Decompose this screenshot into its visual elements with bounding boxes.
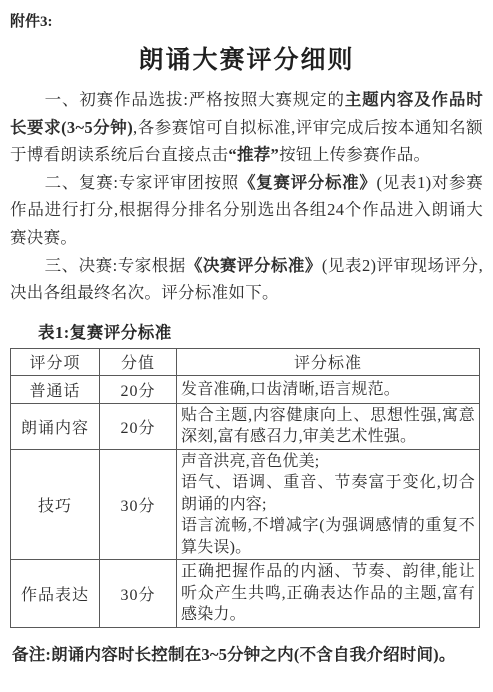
p1-tail: 按钮上传参赛作品。 [279, 145, 430, 164]
table-caption: 表1:复赛评分标准 [38, 319, 483, 343]
table-row-expression: 作品表达 30分 正确把握作品的内涵、节奏、韵律,能让听众产生共鸣,正确表达作品… [11, 560, 480, 628]
row-item: 作品表达 [11, 560, 100, 628]
p1-bold-recommend: “推荐” [228, 145, 279, 164]
p1-lead: 一、初赛作品选拔:严格按照大赛规定的 [45, 90, 345, 109]
page-title: 朗诵大赛评分细则 [10, 40, 483, 76]
table-header-row: 评分项 分值 评分标准 [11, 348, 480, 375]
document-body: 一、初赛作品选拔:严格按照大赛规定的主题内容及作品时长要求(3~5分钟),各参赛… [10, 86, 483, 307]
criterion: 语气、语调、重音、节奏富于变化,切合朗诵的内容; [181, 472, 475, 515]
row-criteria: 声音洪亮,音色优美; 语气、语调、重音、节奏富于变化,切合朗诵的内容; 语言流畅… [177, 449, 480, 560]
p3-lead: 三、决赛:专家根据 [45, 256, 186, 275]
paragraph-final: 三、决赛:专家根据《决赛评分标准》(见表2)评审现场评分,决出各组最终名次。评分… [10, 252, 483, 307]
p2-lead: 二、复赛:专家评审团按照 [45, 173, 239, 192]
criterion: 声音洪亮,音色优美; [181, 451, 475, 473]
criterion: 语言流畅,不增减字(为强调感情的重复不算失误)。 [181, 515, 475, 558]
score-table: 评分项 分值 评分标准 普通话 20分 发音准确,口齿清晰,语言规范。 朗诵内容… [10, 348, 480, 628]
footnote: 备注:朗诵内容时长控制在3~5分钟之内(不含自我介绍时间)。 [12, 641, 483, 665]
criterion: 正确把握作品的内涵、节奏、韵律,能让听众产生共鸣,正确表达作品的主题,富有感染力… [181, 561, 475, 626]
attachment-label: 附件3: [10, 10, 483, 31]
row-item: 普通话 [11, 375, 100, 403]
column-header-score: 分值 [100, 348, 177, 375]
criterion: 发音准确,口齿清晰,语言规范。 [181, 379, 475, 401]
p3-bold-standard: 《决赛评分标准》 [186, 256, 322, 275]
paragraph-preliminary: 一、初赛作品选拔:严格按照大赛规定的主题内容及作品时长要求(3~5分钟),各参赛… [10, 86, 483, 169]
table-row-technique: 技巧 30分 声音洪亮,音色优美; 语气、语调、重音、节奏富于变化,切合朗诵的内… [11, 449, 480, 560]
table-row-putonghua: 普通话 20分 发音准确,口齿清晰,语言规范。 [11, 375, 480, 403]
document-page: 附件3: 朗诵大赛评分细则 一、初赛作品选拔:严格按照大赛规定的主题内容及作品时… [0, 0, 493, 692]
criterion: 贴合主题,内容健康向上、思想性强,寓意深刻,富有感召力,审美艺术性强。 [181, 405, 475, 448]
paragraph-semifinal: 二、复赛:专家评审团按照《复赛评分标准》(见表1)对参赛作品进行打分,根据得分排… [10, 169, 483, 252]
row-score: 20分 [100, 375, 177, 403]
table-row-content: 朗诵内容 20分 贴合主题,内容健康向上、思想性强,寓意深刻,富有感召力,审美艺… [11, 403, 480, 449]
column-header-item: 评分项 [11, 348, 100, 375]
row-score: 20分 [100, 403, 177, 449]
column-header-criteria: 评分标准 [177, 348, 480, 375]
p2-bold-standard: 《复赛评分标准》 [239, 173, 377, 192]
row-criteria: 贴合主题,内容健康向上、思想性强,寓意深刻,富有感召力,审美艺术性强。 [177, 403, 480, 449]
row-item: 技巧 [11, 449, 100, 560]
row-criteria: 发音准确,口齿清晰,语言规范。 [177, 375, 480, 403]
row-score: 30分 [100, 449, 177, 560]
row-item: 朗诵内容 [11, 403, 100, 449]
row-score: 30分 [100, 560, 177, 628]
row-criteria: 正确把握作品的内涵、节奏、韵律,能让听众产生共鸣,正确表达作品的主题,富有感染力… [177, 560, 480, 628]
